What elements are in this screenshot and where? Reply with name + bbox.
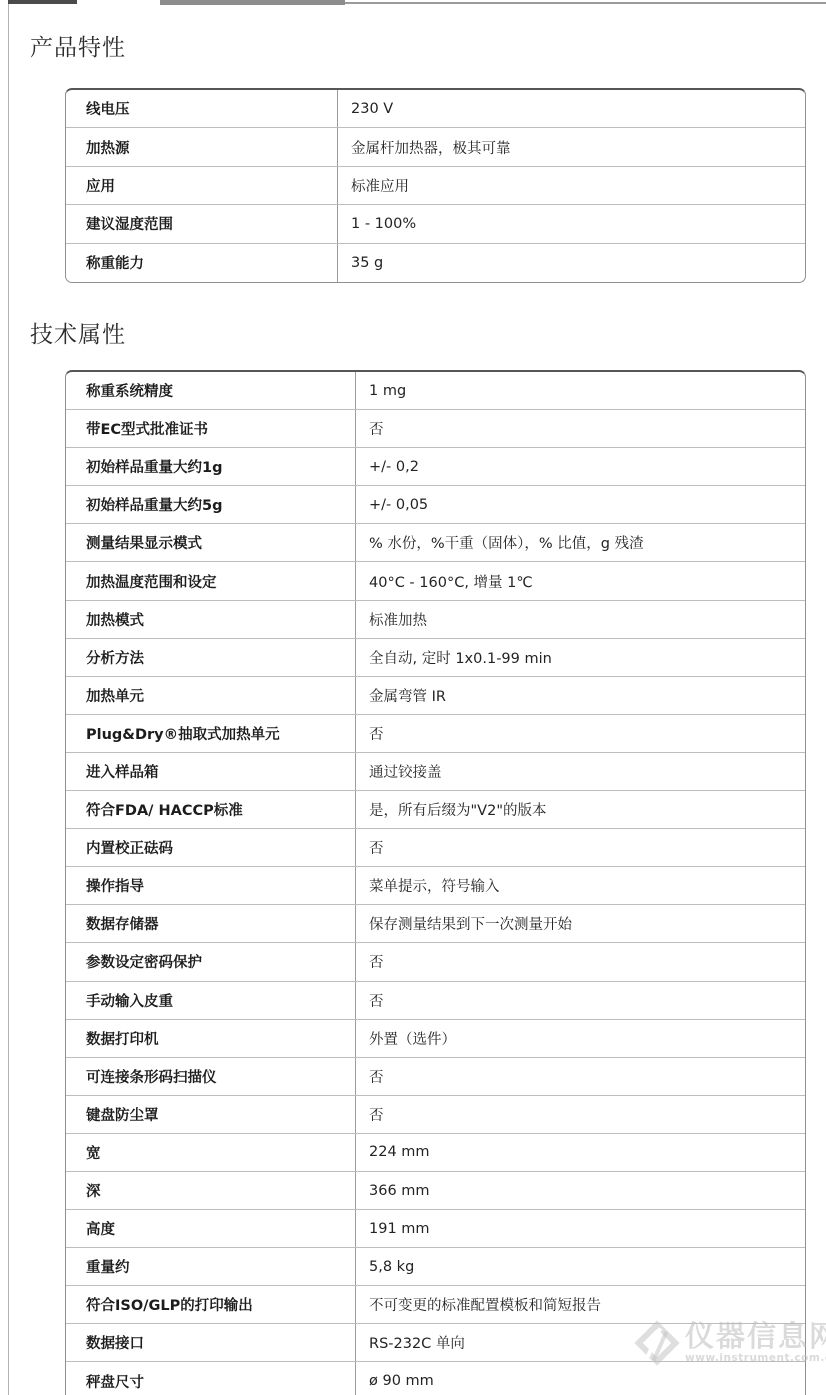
table-row: 高度191 mm: [66, 1210, 805, 1248]
spec-value: 是，所有后缀为"V2"的版本: [356, 791, 805, 828]
spec-value: 否: [356, 943, 805, 980]
spec-label: 加热模式: [66, 601, 356, 638]
top-edge-fragment-gray: [160, 0, 345, 5]
table-row: 加热温度范围和设定40°C - 160°C, 增量 1℃: [66, 562, 805, 600]
spec-value: ø 90 mm: [356, 1362, 805, 1395]
table-row: 内置校正砝码否: [66, 829, 805, 867]
spec-label: 建议湿度范围: [66, 205, 338, 242]
section-title-product-features: 产品特性: [30, 35, 126, 62]
spec-value: 金属弯管 IR: [356, 677, 805, 714]
spec-label: 重量约: [66, 1248, 356, 1285]
table-row: 键盘防尘罩否: [66, 1096, 805, 1134]
table-row: 进入样品箱通过铰接盖: [66, 753, 805, 791]
spec-label: 测量结果显示模式: [66, 524, 356, 561]
spec-value: 40°C - 160°C, 增量 1℃: [356, 562, 805, 599]
spec-value: % 水份，%干重（固体），% 比值，g 残渣: [356, 524, 805, 561]
spec-label: 加热单元: [66, 677, 356, 714]
spec-value: 标准应用: [338, 167, 805, 204]
table-row: 可连接条形码扫描仪否: [66, 1058, 805, 1096]
table-row: 数据打印机外置（选件）: [66, 1020, 805, 1058]
table-row: 数据接口RS-232C 单向: [66, 1324, 805, 1362]
table-row: 加热单元金属弯管 IR: [66, 677, 805, 715]
spec-label: 称重系统精度: [66, 372, 356, 409]
spec-value: 金属杆加热器，极其可靠: [338, 128, 805, 165]
spec-label: 数据接口: [66, 1324, 356, 1361]
spec-value: RS-232C 单向: [356, 1324, 805, 1361]
spec-label: 应用: [66, 167, 338, 204]
spec-value: +/- 0,2: [356, 448, 805, 485]
table-row: Plug&Dry®抽取式加热单元否: [66, 715, 805, 753]
spec-value: 通过铰接盖: [356, 753, 805, 790]
spec-label: 高度: [66, 1210, 356, 1247]
spec-label: 初始样品重量大约5g: [66, 486, 356, 523]
spec-value: 外置（选件）: [356, 1020, 805, 1057]
spec-label: 键盘防尘罩: [66, 1096, 356, 1133]
spec-value: 否: [356, 1058, 805, 1095]
spec-value: 否: [356, 1096, 805, 1133]
table-row: 初始样品重量大约1g+/- 0,2: [66, 448, 805, 486]
table-row: 手动输入皮重否: [66, 982, 805, 1020]
spec-label: 符合FDA/ HACCP标准: [66, 791, 356, 828]
spec-label: 数据存储器: [66, 905, 356, 942]
spec-value: 标准加热: [356, 601, 805, 638]
spec-label: 深: [66, 1172, 356, 1209]
spec-page: 产品特性 线电压230 V加热源金属杆加热器，极其可靠应用标准应用建议湿度范围1…: [0, 0, 826, 1395]
table-row: 秤盘尺寸ø 90 mm: [66, 1362, 805, 1395]
spec-label: 数据打印机: [66, 1020, 356, 1057]
spec-label: 符合ISO/GLP的打印输出: [66, 1286, 356, 1323]
spec-value: 1 mg: [356, 372, 805, 409]
spec-value: +/- 0,05: [356, 486, 805, 523]
table-row: 加热模式标准加热: [66, 601, 805, 639]
spec-label: 加热温度范围和设定: [66, 562, 356, 599]
spec-label: 内置校正砝码: [66, 829, 356, 866]
table-row: 操作指导菜单提示，符号输入: [66, 867, 805, 905]
spec-label: 线电压: [66, 90, 338, 127]
spec-value: 否: [356, 982, 805, 1019]
table-row: 带EC型式批准证书否: [66, 410, 805, 448]
spec-label: 可连接条形码扫描仪: [66, 1058, 356, 1095]
spec-label: 加热源: [66, 128, 338, 165]
spec-label: 称重能力: [66, 244, 338, 282]
spec-label: 分析方法: [66, 639, 356, 676]
table-row: 称重能力35 g: [66, 244, 805, 282]
spec-label: 参数设定密码保护: [66, 943, 356, 980]
spec-label: 操作指导: [66, 867, 356, 904]
spec-value: 5,8 kg: [356, 1248, 805, 1285]
spec-value: 否: [356, 410, 805, 447]
product-features-table: 线电压230 V加热源金属杆加热器，极其可靠应用标准应用建议湿度范围1 - 10…: [65, 88, 806, 283]
table-row: 建议湿度范围1 - 100%: [66, 205, 805, 243]
spec-value: 224 mm: [356, 1134, 805, 1171]
spec-label: 初始样品重量大约1g: [66, 448, 356, 485]
section-title-technical-attributes: 技术属性: [30, 322, 126, 349]
spec-value: 366 mm: [356, 1172, 805, 1209]
spec-label: 手动输入皮重: [66, 982, 356, 1019]
spec-value: 不可变更的标准配置模板和简短报告: [356, 1286, 805, 1323]
spec-value: 菜单提示，符号输入: [356, 867, 805, 904]
top-edge-line: [345, 2, 826, 4]
spec-label: 宽: [66, 1134, 356, 1171]
table-row: 宽224 mm: [66, 1134, 805, 1172]
spec-label: Plug&Dry®抽取式加热单元: [66, 715, 356, 752]
spec-value: 230 V: [338, 90, 805, 127]
spec-label: 进入样品箱: [66, 753, 356, 790]
table-row: 符合ISO/GLP的打印输出不可变更的标准配置模板和简短报告: [66, 1286, 805, 1324]
spec-value: 1 - 100%: [338, 205, 805, 242]
table-row: 称重系统精度1 mg: [66, 372, 805, 410]
spec-value: 保存测量结果到下一次测量开始: [356, 905, 805, 942]
spec-value: 191 mm: [356, 1210, 805, 1247]
table-row: 线电压230 V: [66, 90, 805, 128]
spec-value: 否: [356, 715, 805, 752]
table-row: 重量约5,8 kg: [66, 1248, 805, 1286]
table-row: 深366 mm: [66, 1172, 805, 1210]
table-row: 数据存储器保存测量结果到下一次测量开始: [66, 905, 805, 943]
spec-label: 秤盘尺寸: [66, 1362, 356, 1395]
page-left-border: [8, 4, 9, 1395]
spec-value: 否: [356, 829, 805, 866]
table-row: 参数设定密码保护否: [66, 943, 805, 981]
spec-label: 带EC型式批准证书: [66, 410, 356, 447]
table-row: 应用标准应用: [66, 167, 805, 205]
table-row: 加热源金属杆加热器，极其可靠: [66, 128, 805, 166]
spec-value: 全自动, 定时 1x0.1-99 min: [356, 639, 805, 676]
table-row: 符合FDA/ HACCP标准是，所有后缀为"V2"的版本: [66, 791, 805, 829]
table-row: 分析方法全自动, 定时 1x0.1-99 min: [66, 639, 805, 677]
top-edge-fragment-dark: [8, 0, 77, 4]
table-row: 测量结果显示模式% 水份，%干重（固体），% 比值，g 残渣: [66, 524, 805, 562]
technical-attributes-table: 称重系统精度1 mg带EC型式批准证书否初始样品重量大约1g+/- 0,2初始样…: [65, 370, 806, 1395]
spec-value: 35 g: [338, 244, 805, 282]
table-row: 初始样品重量大约5g+/- 0,05: [66, 486, 805, 524]
